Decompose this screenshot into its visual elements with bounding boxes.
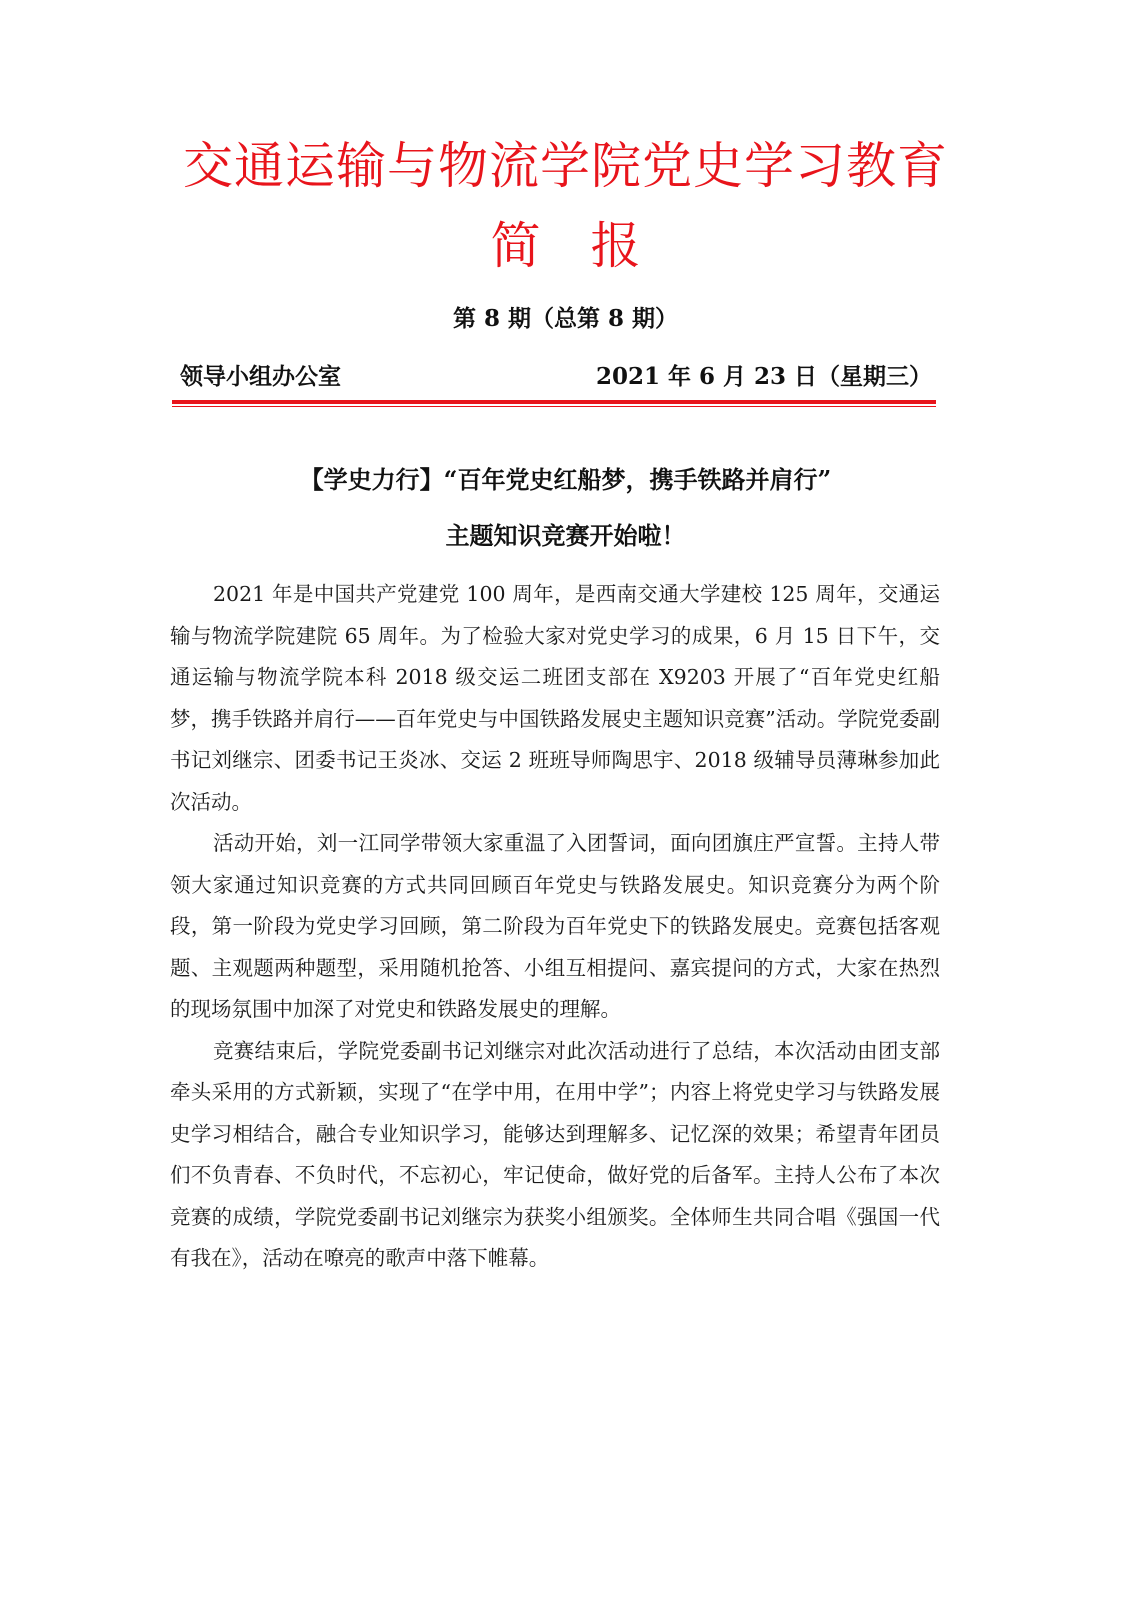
masthead-title: 交通运输与物流学院党史学习教育	[0, 136, 1131, 196]
masthead-subtitle: 简报	[0, 216, 1131, 276]
bulletin-page: 交通运输与物流学院党史学习教育 简报 第 8 期（总第 8 期） 领导小组办公室…	[0, 0, 1131, 1600]
issue-number: 第 8 期（总第 8 期）	[0, 302, 1131, 336]
article-paragraph: 2021 年是中国共产党建党 100 周年，是西南交通大学建校 125 周年，交…	[170, 574, 940, 823]
article-body: 2021 年是中国共产党建党 100 周年，是西南交通大学建校 125 周年，交…	[170, 574, 940, 1280]
masthead-divider-thin	[172, 406, 936, 407]
masthead-meta-row: 领导小组办公室 2021 年 6 月 23 日（星期三）	[180, 360, 932, 394]
article-headline: 【学史力行】“百年党史红船梦，携手铁路并肩行”	[0, 462, 1131, 498]
article-paragraph: 竞赛结束后，学院党委副书记刘继宗对此次活动进行了总结，本次活动由团支部牵头采用的…	[170, 1031, 940, 1280]
masthead-divider-thick	[172, 400, 936, 404]
publish-date: 2021 年 6 月 23 日（星期三）	[596, 360, 932, 394]
publisher-label: 领导小组办公室	[180, 360, 341, 394]
article-paragraph: 活动开始，刘一江同学带领大家重温了入团誓词，面向团旗庄严宣誓。主持人带领大家通过…	[170, 823, 940, 1031]
article-subheadline: 主题知识竞赛开始啦！	[0, 518, 1131, 554]
